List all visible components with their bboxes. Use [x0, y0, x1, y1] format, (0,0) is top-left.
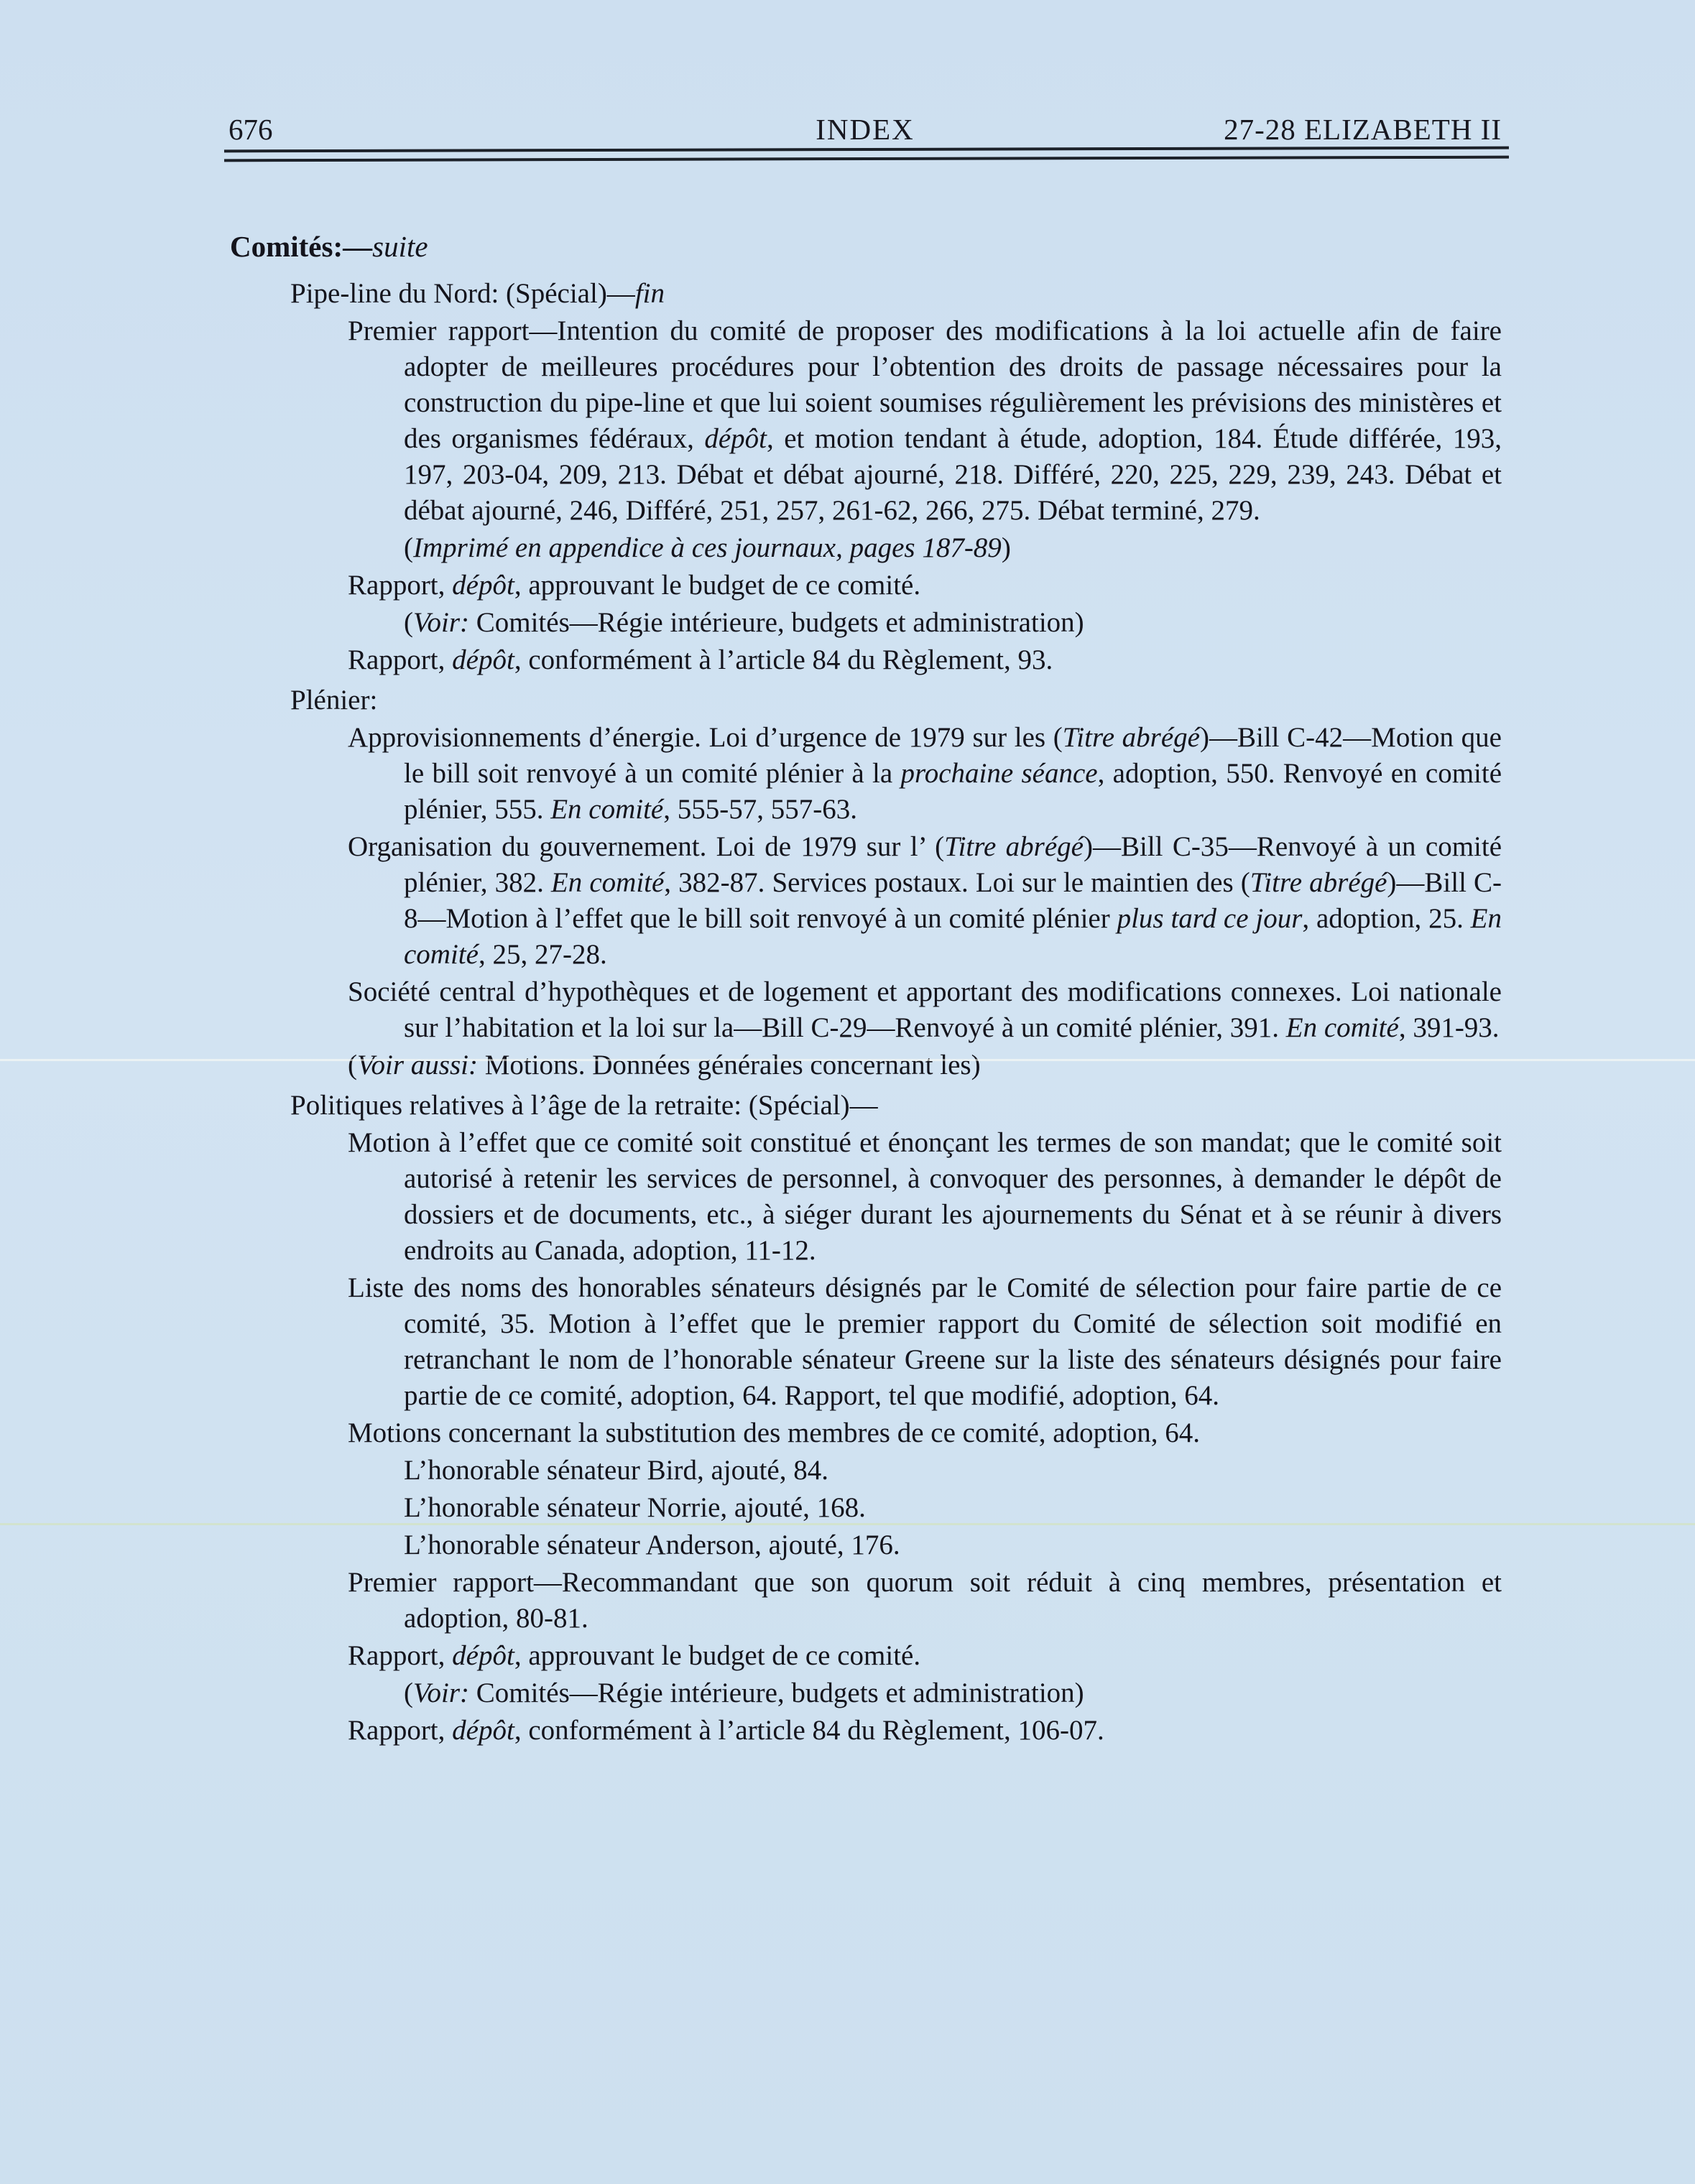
text-run: , conformément à l’article 84 du Règleme…	[514, 1715, 1104, 1746]
index-entry: (Voir aussi: Motions. Données générales …	[230, 1047, 1502, 1083]
journal-index-page: 676 INDEX 27-28 ELIZABETH II Comités:—su…	[0, 0, 1695, 2184]
italic-text-run: dépôt	[452, 1715, 514, 1746]
index-entry: Rapport, dépôt, conformément à l’article…	[230, 1713, 1502, 1749]
index-entry: Motions concernant la substitution des m…	[230, 1415, 1502, 1451]
text-run: Liste des noms des honorables sénateurs …	[348, 1272, 1502, 1411]
index-entry: Rapport, dépôt, conformément à l’article…	[230, 642, 1502, 678]
text-run: Politiques relatives à l’âge de la retra…	[290, 1090, 878, 1121]
italic-text-run: fin	[635, 278, 665, 309]
text-run: , 391-93.	[1399, 1012, 1500, 1043]
text-run: , 382-87. Services postaux. Loi sur le m…	[664, 867, 1250, 898]
index-entry: (Voir: Comités—Régie intérieure, budgets…	[230, 605, 1502, 641]
index-entry: Premier rapport—Recommandant que son quo…	[230, 1565, 1502, 1637]
bold-text-run: —	[343, 230, 372, 263]
italic-text-run: dépôt	[452, 644, 514, 675]
scanned-journal-page: { "colors": { "paper": "#cfe0ef", "ink":…	[0, 0, 1695, 2184]
index-entry: Rapport, dépôt, approuvant le budget de …	[230, 1638, 1502, 1674]
subsection-heading: Politiques relatives à l’âge de la retra…	[230, 1088, 1502, 1124]
text-run: Approvisionnements d’énergie. Loi d’urge…	[348, 722, 1063, 753]
italic-text-run: Voir:	[413, 607, 469, 638]
index-entry: L’honorable sénateur Anderson, ajouté, 1…	[230, 1527, 1502, 1563]
text-run: Premier rapport—Recommandant que son quo…	[348, 1567, 1502, 1634]
italic-text-run: dépôt	[452, 570, 514, 601]
text-run: (	[404, 532, 413, 563]
index-entry: (Voir: Comités—Régie intérieure, budgets…	[230, 1675, 1502, 1711]
italic-text-run: plus tard ce jour	[1117, 903, 1303, 934]
index-entry: L’honorable sénateur Norrie, ajouté, 168…	[230, 1490, 1502, 1526]
index-entries: Comités:—suitePipe-line du Nord: (Spécia…	[230, 228, 1502, 1750]
index-entry: (Imprimé en appendice à ces journaux, pa…	[230, 530, 1502, 566]
index-entry: Société central d’hypothèques et de loge…	[230, 974, 1502, 1046]
text-run: , approuvant le budget de ce comité.	[514, 1640, 920, 1671]
text-run: L’honorable sénateur Norrie, ajouté, 168…	[404, 1492, 866, 1523]
text-run: Rapport,	[348, 570, 452, 601]
text-run: Motion à l’effet que ce comité soit cons…	[348, 1127, 1502, 1266]
text-run: )	[1002, 532, 1011, 563]
text-run: L’honorable sénateur Anderson, ajouté, 1…	[404, 1530, 900, 1560]
text-run: Organisation du gouvernement. Loi de 197…	[348, 831, 944, 862]
index-entry: Organisation du gouvernement. Loi de 197…	[230, 829, 1502, 973]
text-run: Comités—Régie intérieure, budgets et adm…	[469, 607, 1084, 638]
text-run: Motions concernant la substitution des m…	[348, 1417, 1200, 1448]
text-run: , conformément à l’article 84 du Règleme…	[514, 644, 1053, 675]
subsection-heading: Plénier:	[230, 682, 1502, 718]
index-entry: Approvisionnements d’énergie. Loi d’urge…	[230, 720, 1502, 828]
italic-text-run: Imprimé en appendice à ces journaux, pag…	[413, 532, 1002, 563]
index-entry: Motion à l’effet que ce comité soit cons…	[230, 1125, 1502, 1269]
text-run: Plénier:	[290, 685, 377, 716]
text-run: Pipe-line du Nord: (Spécial)—	[290, 278, 635, 309]
text-run: Rapport,	[348, 1715, 452, 1746]
subsection-heading: Pipe-line du Nord: (Spécial)—fin	[230, 276, 1502, 312]
italic-text-run: prochaine séance	[900, 758, 1097, 789]
text-run: L’honorable sénateur Bird, ajouté, 84.	[404, 1455, 828, 1486]
bold-text-run: Comités:	[230, 230, 343, 263]
text-run: (	[404, 1678, 413, 1708]
index-entry: Liste des noms des honorables sénateurs …	[230, 1270, 1502, 1414]
italic-text-run: Titre abrégé	[1250, 867, 1387, 898]
text-run: (	[404, 607, 413, 638]
text-run: , approuvant le budget de ce comité.	[514, 570, 920, 601]
text-run: Motions. Données générales concernant le…	[478, 1050, 981, 1081]
italic-text-run: dépôt	[452, 1640, 514, 1671]
italic-text-run: En comité	[550, 794, 663, 825]
index-entry: Rapport, dépôt, approuvant le budget de …	[230, 568, 1502, 603]
text-run: Rapport,	[348, 1640, 452, 1671]
text-run: , adoption, 25.	[1302, 903, 1470, 934]
index-entry: Premier rapport—Intention du comité de p…	[230, 313, 1502, 529]
text-run: (	[348, 1050, 357, 1081]
text-run: Rapport,	[348, 644, 452, 675]
text-run: Comités—Régie intérieure, budgets et adm…	[469, 1678, 1084, 1708]
italic-text-run: Titre abrégé	[944, 831, 1084, 862]
section-heading: Comités:—suite	[230, 228, 1502, 264]
session-label: 27-28 ELIZABETH II	[1224, 112, 1502, 147]
header-double-rule	[224, 147, 1509, 162]
italic-text-run: Titre abrégé	[1063, 722, 1200, 753]
text-run: , 555-57, 557-63.	[663, 794, 857, 825]
italic-text-run: En comité	[551, 867, 664, 898]
text-run: , 25, 27-28.	[479, 939, 607, 970]
italic-text-run: En comité	[1286, 1012, 1399, 1043]
italic-text-run: dépôt	[704, 423, 767, 454]
page-header: 676 INDEX 27-28 ELIZABETH II	[228, 112, 1502, 147]
index-entry: L’honorable sénateur Bird, ajouté, 84.	[230, 1453, 1502, 1489]
italic-text-run: Voir:	[413, 1678, 469, 1708]
italic-text-run: suite	[372, 230, 428, 263]
italic-text-run: Voir aussi:	[357, 1050, 478, 1081]
